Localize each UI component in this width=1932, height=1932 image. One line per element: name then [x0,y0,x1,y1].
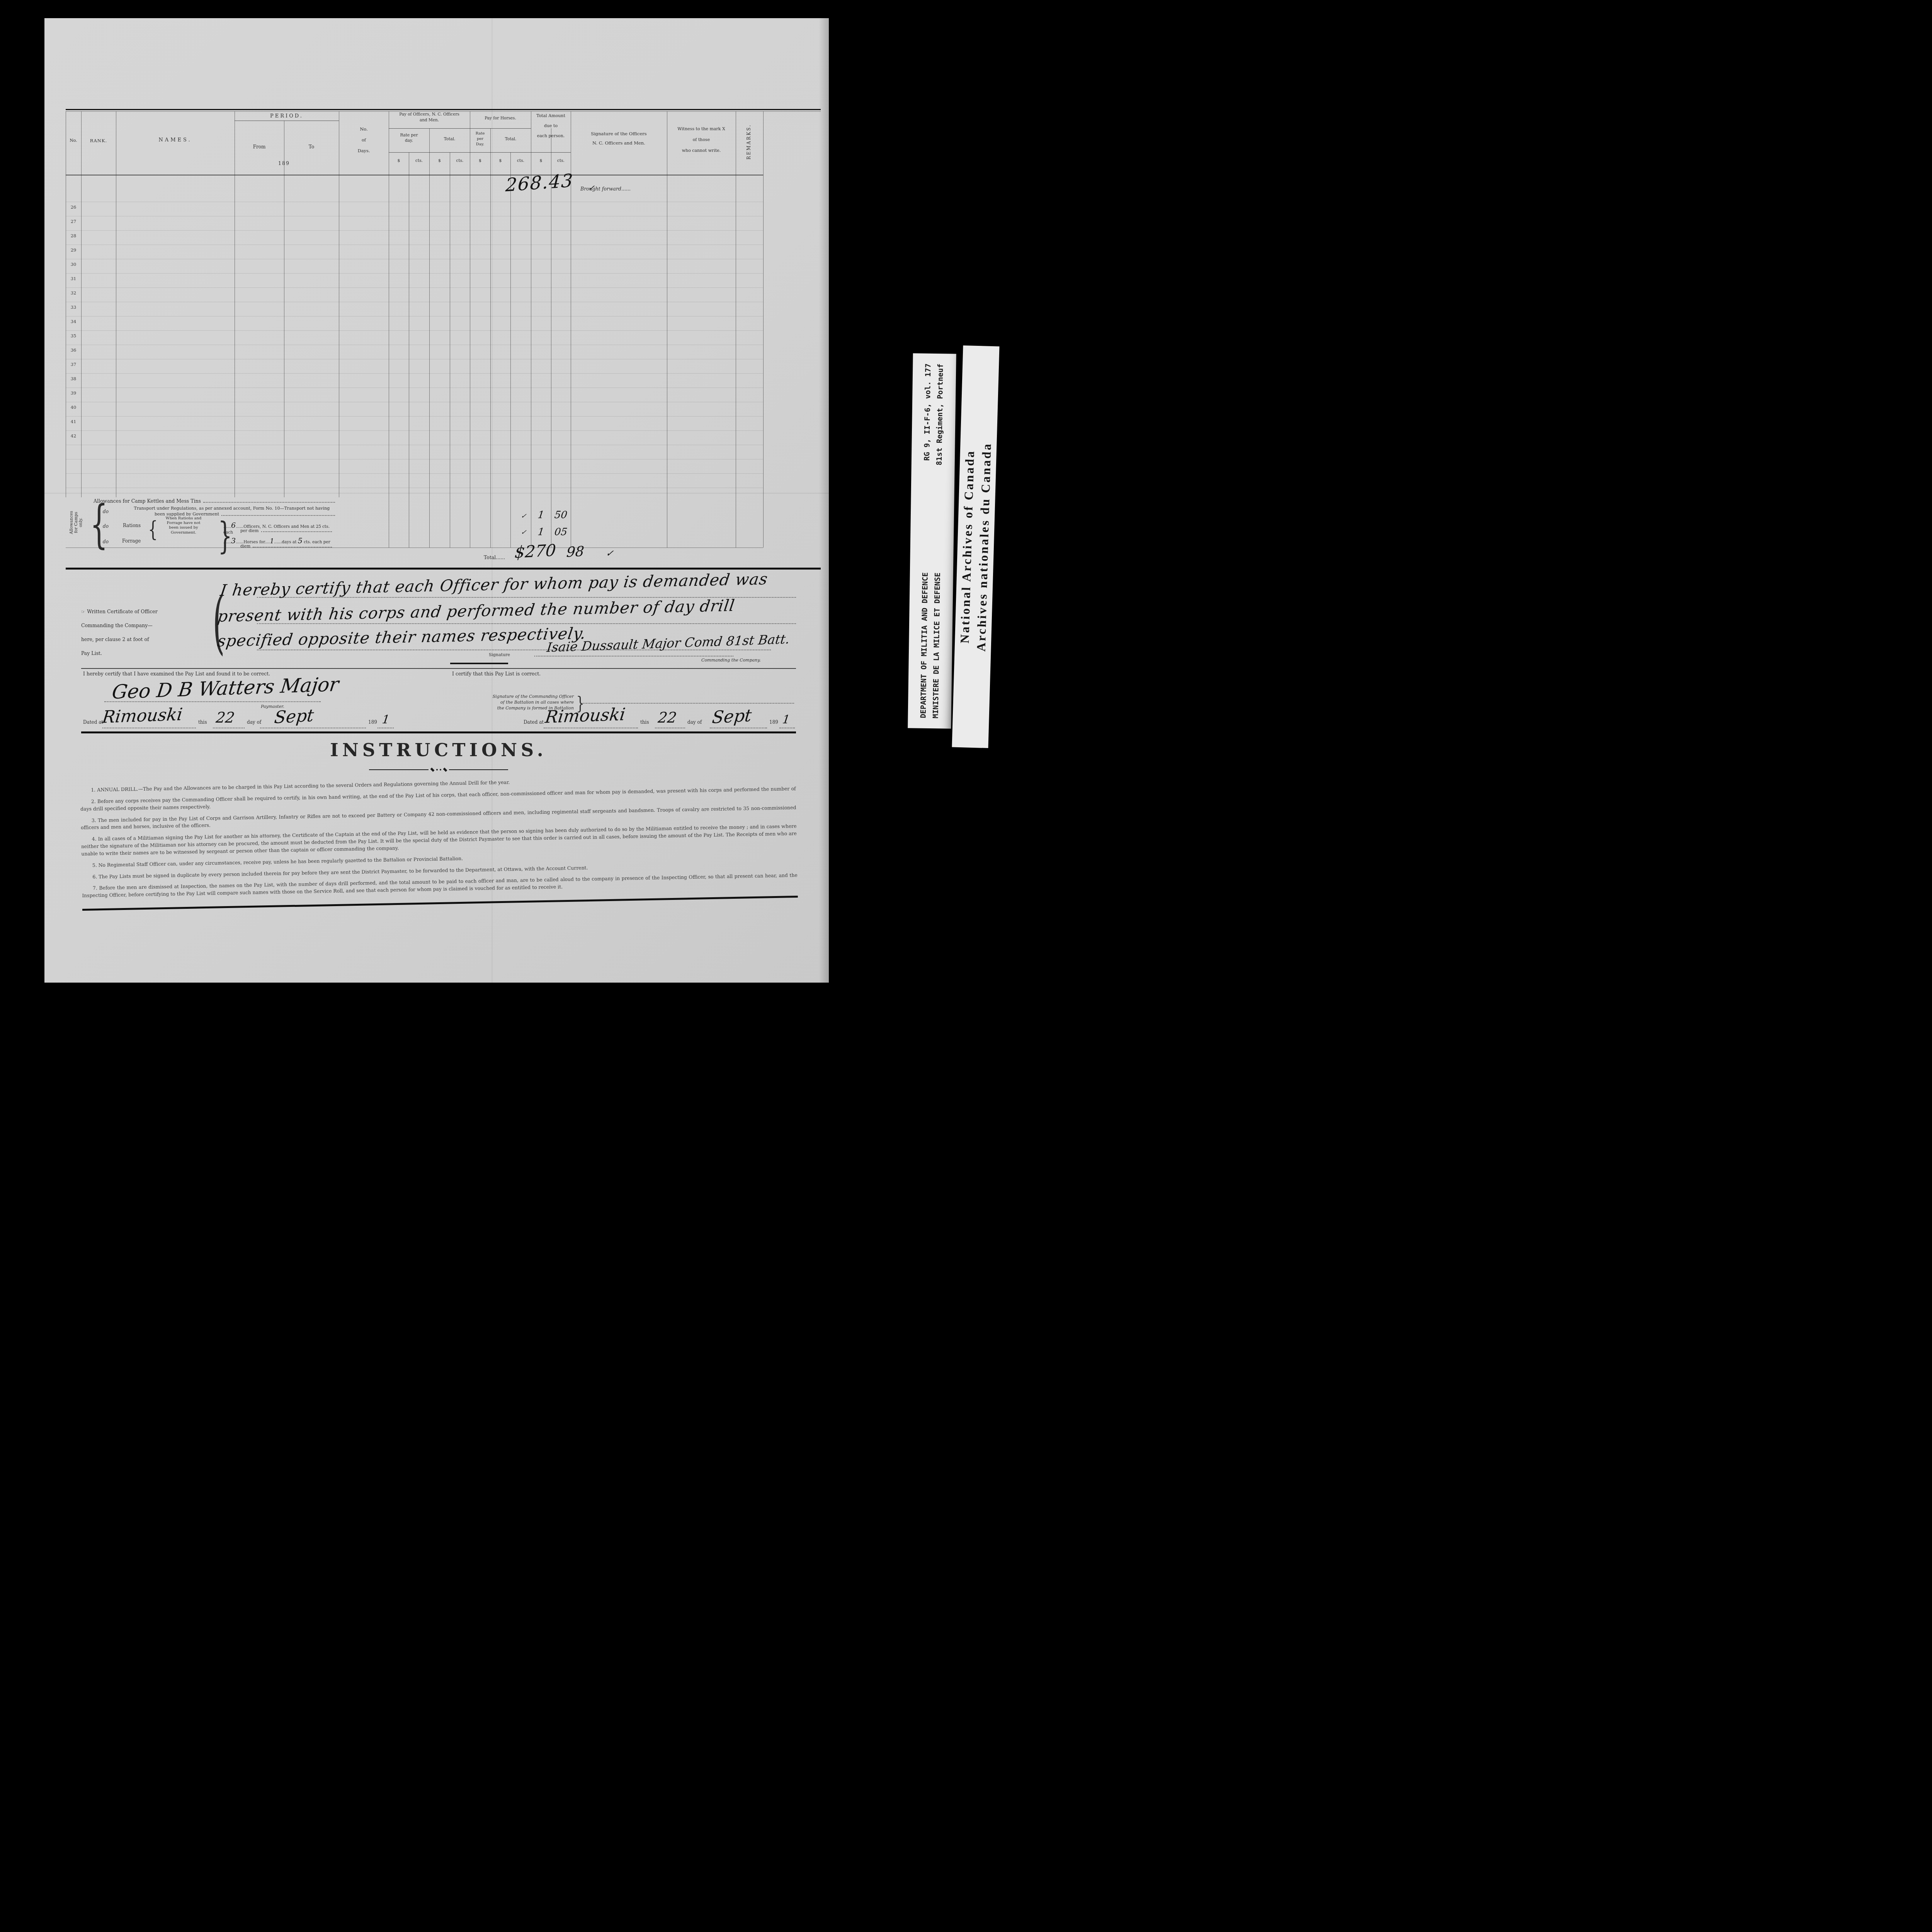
department-line-fr: MINISTERE DE LA MILICE ET DEFENSE [932,573,942,719]
col-header-signature-2: N. C. Officers and Men. [571,141,667,146]
grid-line [490,128,491,548]
col-header-rate-h-1: Rate [470,131,490,136]
col-header-signature-1: Signature of the Officers [571,131,667,136]
grid-line [284,121,284,497]
grid-line [66,111,66,497]
grid-line [66,459,763,459]
rations-allowance-dollars: 1 [530,509,552,521]
grid-line [470,128,531,129]
dotted-rule [544,728,638,728]
grid-line [66,230,763,231]
allowance-forrage-label: Forrage [122,539,141,544]
grid-line [66,330,763,331]
row-number: 42 [66,433,81,439]
allowance-do-3: do [103,539,109,545]
row-number: 39 [66,390,81,396]
grid-line [339,111,339,497]
grid-line [66,316,763,316]
grid-line [409,152,409,548]
ornament-divider [369,768,508,772]
this-right: this [640,720,649,725]
total-label: Total...... [484,555,505,560]
grid-line [66,488,763,488]
pointing-hand-icon: ☞ [81,609,85,614]
dotted-rule [257,623,796,624]
dotted-rule [257,597,796,598]
check-mark: ✓ [520,512,527,520]
grid-line [429,128,430,548]
year-prefix-left: 189 [368,720,377,725]
col-header-pay-officers-2: and Men. [386,118,472,122]
col-header-from: From [235,145,284,150]
col-header-period: PERIOD. [235,114,339,119]
archival-reference-strip: DEPARTMENT OF MILITIA AND DEFENCE RG 9, … [908,353,956,728]
national-archives-en: National Archives of Canada [957,449,977,643]
grid-line [235,111,235,497]
bottom-rule [82,896,798,911]
forrage-allowance-cents: 05 [550,526,571,538]
row-number: 34 [66,319,81,324]
grid-line [667,111,667,548]
col-header-days-1: No. [339,127,389,132]
grid-line [389,111,389,548]
allowance-rations-label: Rations [123,523,141,529]
dotted-rule [779,728,795,728]
col-header-amount-2: due to [531,124,571,129]
grid-line [66,568,821,570]
grid-line [66,473,763,474]
col-header-to: To [284,145,339,150]
col-header-names: NAMES. [116,138,235,143]
day-left: 22 [215,709,236,726]
row-number: 36 [66,347,81,353]
dotted-rule [582,703,794,704]
instructions-title: INSTRUCTIONS. [81,740,796,760]
rations-brace-close: } [218,514,232,557]
dotted-rule [104,701,321,702]
instructions-body: 1. ANNUAL DRILL.—The Pay and the Allowan… [80,774,798,911]
grid-line [510,152,511,548]
grand-total-cents: 98 [566,544,585,561]
national-archives-fr: Archives nationales du Canada [974,442,994,652]
grid-line [66,548,763,548]
col-header-pay-officers-1: Pay of Officers, N. C. Officers [386,112,472,117]
allowance-do-2: do [103,524,109,529]
col-header-rate-per-day-1: Rate per [389,133,429,138]
certificate-handwriting-2: present with his corps and performed the… [216,596,736,626]
dotted-rule [378,728,394,728]
grid-line [66,273,763,274]
pay-list-document: No. RANK. NAMES. PERIOD. From To No. of … [44,18,829,983]
grid-line [66,302,763,302]
battalion-certify-text: I certify that this Pay List is correct. [452,671,541,677]
dotted-rule [257,650,771,650]
pay-list-table: No. RANK. NAMES. PERIOD. From To No. of … [66,109,821,571]
cents-header: cts. [450,158,470,163]
day-of-right: day of [687,720,702,725]
grid-line [66,216,763,216]
row-number: 38 [66,376,81,381]
col-header-witness-3: who cannot write. [667,148,736,153]
check-mark: ✓ [520,529,527,536]
year-digit-left: 1 [381,713,390,726]
grid-line [66,345,763,345]
col-header-amount-1: Total Amount [531,114,571,119]
dated-at-left: Dated at [83,720,103,725]
cents-header: cts. [409,158,429,163]
grid-line [470,111,470,548]
row-number: 28 [66,233,81,238]
commanding-company-caption: Commanding the Company. [701,658,761,663]
grid-line [66,259,763,259]
grid-line [66,245,763,245]
national-archives-strip: National Archives of Canada Archives nat… [952,345,999,748]
dollar-header: $ [470,158,490,163]
brought-forward-amount: 268.43 [505,170,574,196]
national-archives-text: National Archives of Canada Archives nat… [952,345,999,748]
grid-line [66,388,763,388]
grid-line [66,373,763,374]
col-header-days-3: Days. [339,148,389,153]
grid-line [389,128,470,129]
allowance-rations-line-2: per diem [240,529,333,533]
grid-line [116,111,116,497]
col-header-total-officers: Total. [429,137,470,141]
row-number: 26 [66,204,81,210]
grid-line [531,111,531,548]
allowances-side-label: Allowances for Camps only. [67,498,85,547]
row-number: 37 [66,362,81,367]
dollar-header: $ [490,158,510,163]
row-number: 31 [66,276,81,281]
grand-total-dollars: $270 [514,541,556,562]
year-prefix-right: 189 [769,720,778,725]
grid-line [66,287,763,288]
certificate-handwriting-1: I hereby certify that each Officer for w… [219,570,769,600]
grid-line [736,111,736,548]
col-header-pay-horses: Pay for Horses. [470,116,531,121]
grid-line [66,402,763,402]
day-right: 22 [657,709,678,726]
col-header-days-2: of [339,138,389,143]
certificate-side-note: ☞ Written Certificate of Officer Command… [81,605,213,660]
scanned-archive-page: No. RANK. NAMES. PERIOD. From To No. of … [0,0,1037,1006]
cents-header: cts. [510,158,531,163]
row-number: 40 [66,405,81,410]
rations-allowance-cents: 50 [550,509,571,521]
grid-line [235,121,339,121]
col-header-no: No. [66,138,81,143]
col-header-witness-1: Witness to the mark X [667,127,736,132]
row-number: 32 [66,290,81,296]
section-rule [450,663,508,664]
cents-header: cts. [551,158,571,163]
dollar-header: $ [389,158,409,163]
section-rule [81,668,796,669]
row-number: 30 [66,262,81,267]
grid-line [66,430,763,431]
allowance-transport-1: Transport under Regulations, as per anne… [128,506,336,511]
grid-line [450,152,450,548]
col-header-total-horses: Total. [490,137,531,141]
grid-line [571,111,571,548]
check-mark: ✓ [588,183,595,192]
forrage-allowance-dollars: 1 [530,526,552,538]
dotted-rule [260,728,366,728]
dotted-rule [213,728,245,728]
certificate-handwriting-3: specified opposite their names respectiv… [216,624,587,650]
row-number: 33 [66,304,81,310]
dated-at-right: Dated at [524,720,544,725]
col-header-remarks: REMARKS. [736,111,763,173]
dotted-rule [655,728,685,728]
grid-line [66,111,821,112]
grid-line [66,175,763,175]
check-mark: ✓ [605,548,614,559]
department-line-en: DEPARTMENT OF MILITIA AND DEFENCE [919,572,930,718]
dotted-rule [710,728,767,728]
grid-line [81,111,82,497]
col-header-rate-per-day-2: day. [389,138,429,143]
col-header-rate-h-2: per [470,137,490,141]
col-header-rate-h-3: Day. [470,142,490,147]
dotted-rule [534,656,733,656]
row-number: 41 [66,419,81,424]
section-rule [81,731,796,733]
dotted-rule [102,728,196,728]
allowance-forrage-line-2: diem [240,544,333,549]
col-header-rank: RANK. [81,138,116,143]
grid-line [66,416,763,417]
grid-line [66,109,821,110]
year-digit-right: 1 [782,713,791,726]
grid-line [551,128,551,548]
regiment-label: 81st Regiment, Portneuf [935,364,945,465]
dollar-header: $ [531,158,551,163]
archival-reference-text: DEPARTMENT OF MILITIA AND DEFENCE RG 9, … [908,353,956,728]
row-number: 27 [66,219,81,224]
this-left: this [198,720,207,725]
place-right: Rimouski [544,704,626,727]
allowance-kettles-row: Allowances for Camp Kettles and Mess Tin… [94,498,336,504]
dollar-header: $ [429,158,450,163]
paymaster-certify-text: I hereby certify that I have examined th… [83,671,270,677]
grid-line [389,152,571,153]
signature-caption: Signature [489,653,510,658]
reference-number: RG 9, II-F-6, vol. 177 [923,364,933,461]
row-number: 35 [66,333,81,338]
grid-line [66,359,763,359]
paymaster-signature: Geo D B Watters Major [111,673,340,704]
month-right: Sept [711,706,752,728]
month-left: Sept [273,706,315,728]
row-number: 29 [66,247,81,253]
grid-line [763,111,764,548]
day-of-left: day of [247,720,261,725]
grid-line [66,202,763,202]
place-left: Rimouski [101,704,184,727]
rations-condition-text: When Rations and Forrage have not been i… [153,516,214,535]
allowance-do-1: do [103,509,109,515]
col-header-witness-2: of those [667,138,736,143]
grid-line [66,445,763,445]
